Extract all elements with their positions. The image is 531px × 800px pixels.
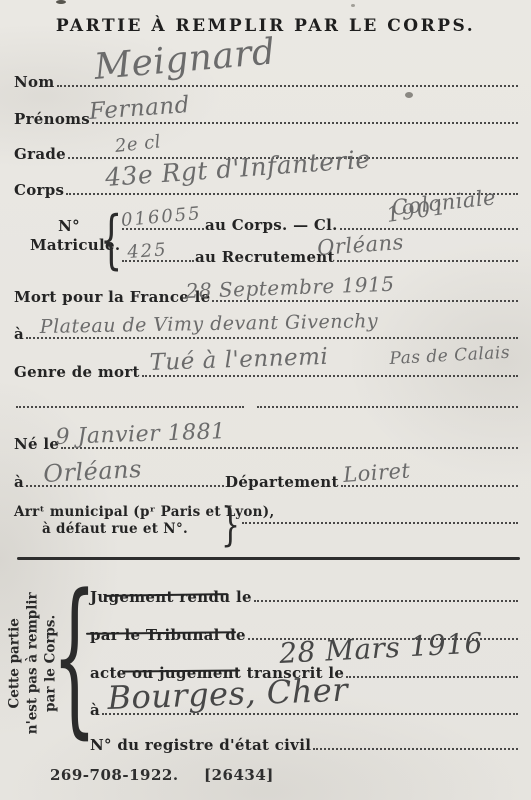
registre-label: N° du registre d'état civil <box>90 738 311 753</box>
imprint-number: 269-708-1922. <box>50 766 179 784</box>
transcrit-place-handwritten: Bourges, Cher <box>107 674 349 714</box>
grade-handwritten-value: 2e cl <box>114 133 162 156</box>
sidebar-note-line2: n'est pas à remplir <box>24 568 42 758</box>
dotted-line <box>340 227 518 230</box>
au-corps-label: au Corps. — Cl. <box>205 218 338 233</box>
dotted-line <box>257 405 518 408</box>
dotted-line <box>254 599 518 602</box>
au-recrutement-label: au Recrutement <box>195 250 335 265</box>
dotted-line <box>337 259 518 262</box>
transcrit-a-label: à <box>90 703 100 718</box>
prenoms-label: Prénoms <box>14 112 90 127</box>
arr-municipal-label-line2: à défaut rue et N°. <box>14 523 216 537</box>
ne-le-label: Né le <box>14 437 59 452</box>
arr-municipal-label-block: Arrᵗ municipal (pʳ Paris et Lyon), à déf… <box>14 506 216 536</box>
jugement-label: Jugement rendu le <box>90 590 252 605</box>
ne-a-label: à <box>14 475 24 490</box>
mort-a-label: à <box>14 327 24 342</box>
dotted-line <box>242 521 518 524</box>
scan-speck <box>351 4 355 7</box>
tribunal-label: par le Tribunal de <box>90 628 246 643</box>
arr-municipal-label-line1: Arrᵗ municipal (pʳ Paris et Lyon), <box>14 506 216 520</box>
ink-blot <box>405 92 413 98</box>
corps-label: Corps <box>14 183 64 198</box>
ne-le-handwritten: 9 Janvier 1881 <box>55 421 226 449</box>
mort-le-label: Mort pour la France le <box>14 290 210 305</box>
grade-label: Grade <box>14 147 66 162</box>
ne-a-handwritten: Orléans <box>43 457 143 486</box>
dotted-line <box>346 675 518 678</box>
dotted-line <box>313 747 518 750</box>
genre-mort-handwritten: Tué à l'ennemi <box>149 346 328 375</box>
dotted-line <box>16 405 244 408</box>
field-row-registre: N° du registre d'état civil <box>90 733 519 753</box>
departement-handwritten: Loiret <box>343 460 412 486</box>
nom-label: Nom <box>14 75 55 90</box>
matricule-recrutement-handwritten: 425 <box>127 241 169 262</box>
departement-label: Département <box>225 475 339 490</box>
scan-speck <box>56 0 66 4</box>
dotted-line <box>142 374 518 377</box>
dotted-line <box>92 121 518 124</box>
arr-municipal-brace: } <box>221 501 240 547</box>
imprint-bracket-number: [26434] <box>204 766 274 784</box>
scanned-military-death-record: PARTIE À REMPLIR PAR LE CORPS. Nom Meign… <box>0 0 531 800</box>
matricule-label-block: N° Matricule. <box>30 219 108 253</box>
empty-dotted-row <box>14 395 519 411</box>
matricule-label-line1: N° <box>30 219 108 234</box>
sidebar-note-line1: Cette partie <box>6 568 24 758</box>
matricule-label-line2: Matricule. <box>30 238 108 253</box>
genre-mort-label: Genre de mort <box>14 365 140 380</box>
imprint-block: 269-708-1922. [26434] <box>50 766 274 784</box>
